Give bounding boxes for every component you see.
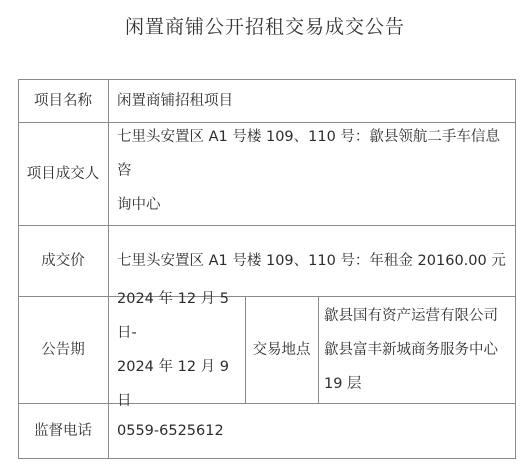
winner-label: 项目成交人 xyxy=(18,122,108,225)
location-line2: 歙县富丰新城商务服务中心 xyxy=(324,333,498,367)
location-label: 交易地点 xyxy=(245,296,318,403)
notice-period-value: 2024 年 12 月 5 日- 2024 年 12 月 9 日 xyxy=(108,296,245,403)
notice-period-label: 公告期 xyxy=(18,296,108,403)
location-line1: 歙县国有资产运营有限公司 xyxy=(324,299,498,333)
page-title: 闲置商铺公开招租交易成交公告 xyxy=(0,12,530,39)
project-name-label: 项目名称 xyxy=(18,79,108,122)
location-value: 歙县国有资产运营有限公司 歙县富丰新城商务服务中心 19 层 xyxy=(318,296,516,403)
price-label: 成交价 xyxy=(18,225,108,296)
notice-period-start: 2024 年 12 月 5 日- xyxy=(117,282,239,350)
winner-value-line1: 七里头安置区 A1 号楼 109、110 号：歙县领航二手车信息咨 xyxy=(117,120,510,188)
winner-value-line2: 询中心 xyxy=(117,188,161,222)
project-name-value: 闲置商铺招租项目 xyxy=(108,79,516,122)
winner-value: 七里头安置区 A1 号楼 109、110 号：歙县领航二手车信息咨 询中心 xyxy=(108,122,516,225)
phone-label: 监督电话 xyxy=(18,403,108,459)
phone-value: 0559-6525612 xyxy=(108,403,516,459)
location-line3: 19 层 xyxy=(324,367,362,401)
